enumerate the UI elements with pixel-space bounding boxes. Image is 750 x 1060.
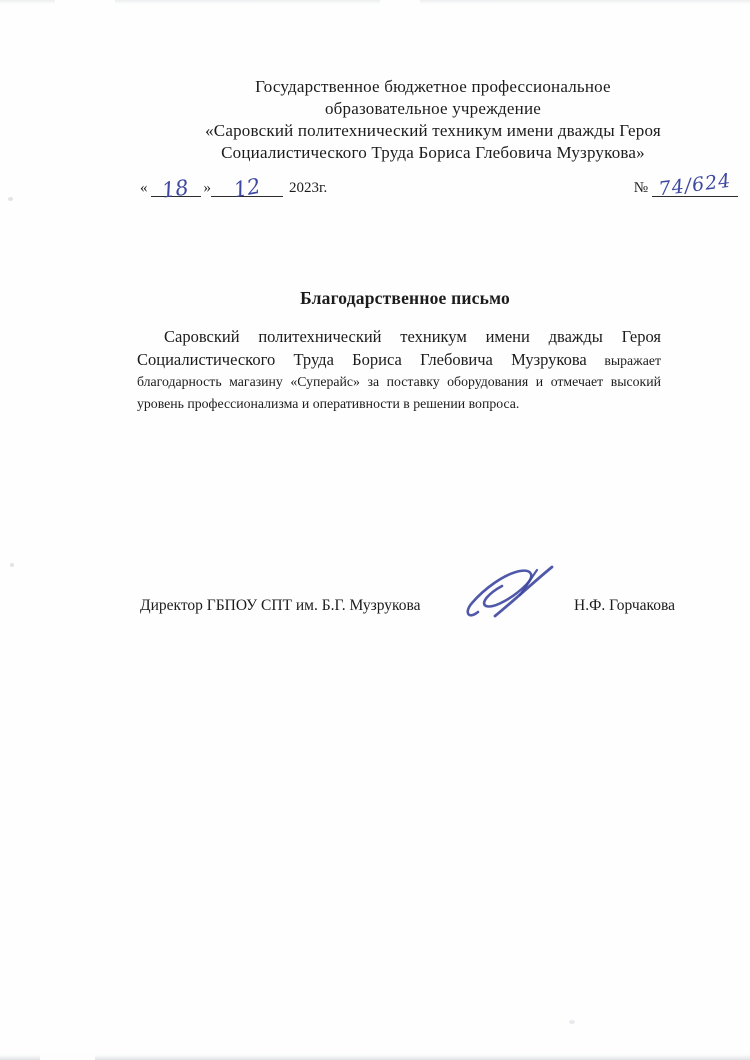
date-and-number-row: « 18 » 12 2023г. № 74/624 [140, 178, 738, 197]
handwritten-signature [462, 562, 567, 626]
document-title: Благодарственное письмо [140, 288, 670, 309]
scan-artifact-gap [55, 0, 115, 5]
scan-artifact-gap [380, 0, 420, 5]
date-close-quote: » [204, 180, 212, 197]
scan-speck [8, 197, 13, 201]
scan-speck [10, 563, 14, 567]
scanned-letter-page: Государственное бюджетное профессиональн… [0, 0, 750, 1060]
number-label: № [634, 180, 648, 197]
scan-artifact-bottom-edge [0, 1053, 750, 1060]
handwritten-day: 18 [160, 175, 190, 202]
letterhead-line-1: Государственное бюджетное профессиональн… [150, 76, 716, 98]
scan-speck [569, 1020, 575, 1024]
date-open-quote: « [140, 180, 148, 197]
date-year: 2023г. [289, 180, 327, 197]
date-day-blank: 18 [151, 178, 201, 197]
body-paragraph: Саровский политехнический техникум имени… [137, 326, 661, 414]
number-field: № 74/624 [634, 178, 738, 197]
letterhead: Государственное бюджетное профессиональн… [150, 76, 716, 164]
handwritten-number: 74/624 [657, 170, 732, 201]
number-blank: 74/624 [652, 178, 738, 197]
body-lead-text: Саровский политехнический техникум имени… [137, 327, 661, 369]
letterhead-line-4: Социалистического Труда Бориса Глебовича… [150, 142, 716, 164]
date-month-blank: 12 [211, 178, 283, 197]
scan-artifact-gap [40, 1054, 95, 1060]
letterhead-line-2: образовательное учреждение [150, 98, 716, 120]
letterhead-line-3: «Саровский политехнический техникум имен… [150, 120, 716, 142]
date-field: « 18 » 12 2023г. [140, 178, 327, 197]
signatory-position: Директор ГБПОУ СПТ им. Б.Г. Музрукова [140, 597, 421, 615]
signature-row: Директор ГБПОУ СПТ им. Б.Г. Музрукова Н.… [140, 597, 675, 615]
handwritten-month: 12 [231, 174, 261, 202]
signatory-name: Н.Ф. Горчакова [574, 597, 675, 615]
